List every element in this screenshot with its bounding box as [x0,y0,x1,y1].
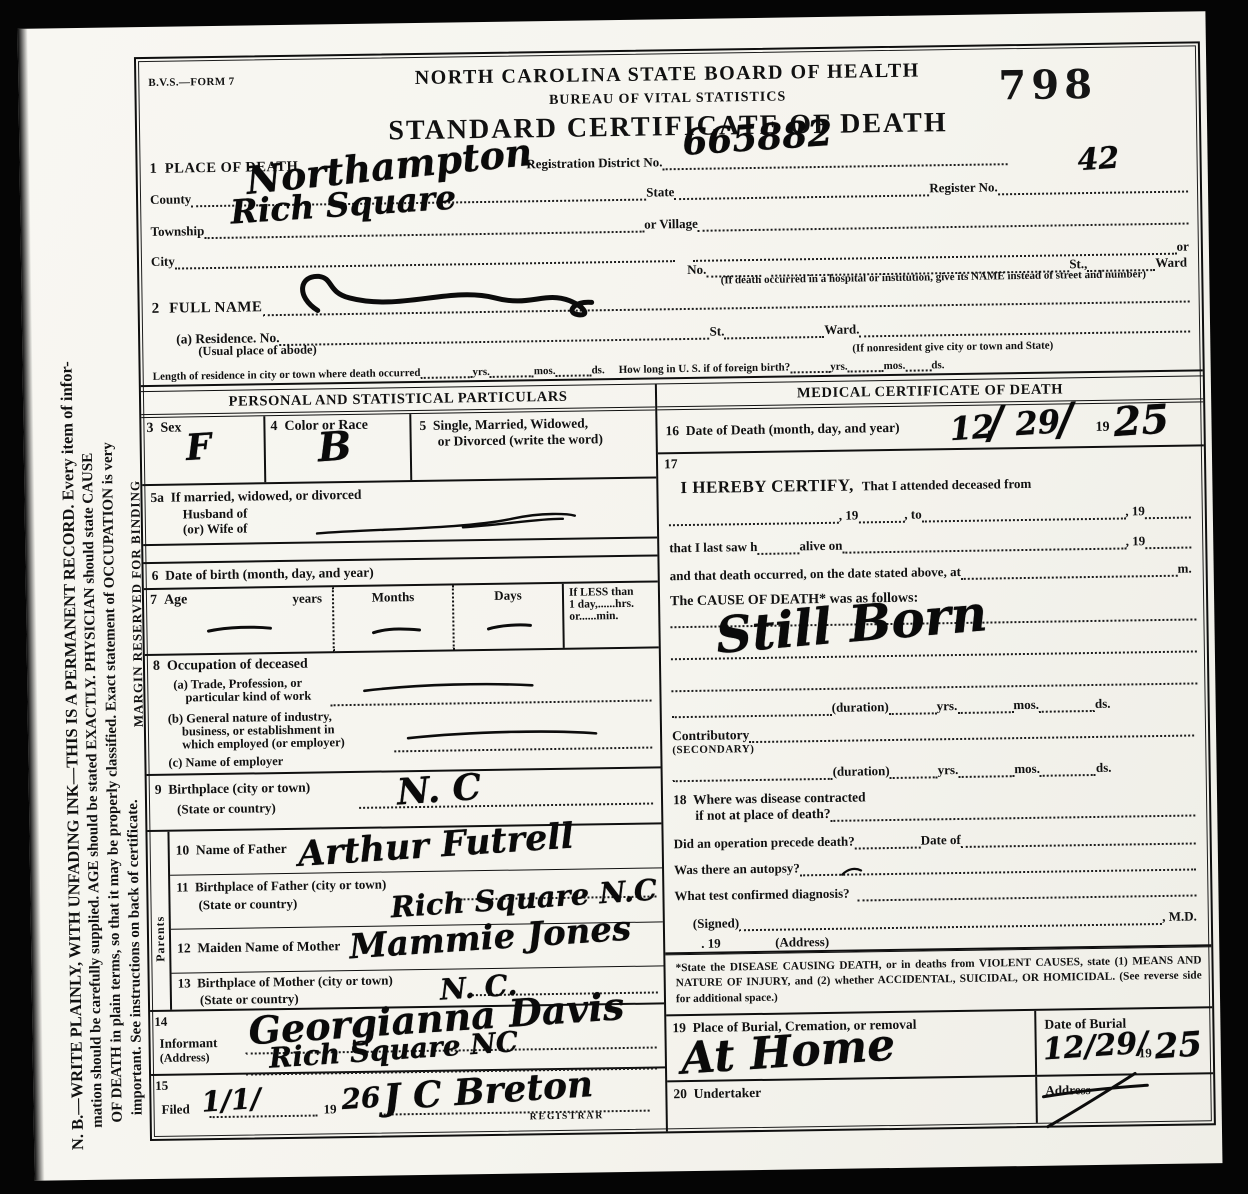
abode-note: (Usual place of abode) [198,342,317,359]
length-yrs-line [420,364,472,378]
foreign-yrs-line [790,359,830,373]
bp-sub-label: (State or country) [177,800,276,817]
marital-cell: 5 Single, Married, Widowed, or Divorced … [411,410,656,480]
duration2-lead-line [673,764,833,782]
married-to-box: 5a If married, widowed, or divorced Husb… [142,478,657,546]
dod-label: Date of Death (month, day, and year) [686,420,900,438]
autopsy-handwritten-mark [839,863,865,877]
residence-no-line [279,321,709,346]
lastsaw-label: that I last saw h [669,539,757,556]
undertaker-number: 20 [673,1086,687,1101]
father-name-row: 10 Name of Father Arthur Futrell [169,824,662,875]
bp-number: 9 [155,782,162,797]
age-months-dash [369,624,424,637]
full-name-scribble-mark [289,266,620,323]
age-days-label: Days [454,587,562,605]
duration1-ds-line [1039,696,1095,712]
attended-from-line [669,508,839,526]
q18-line [831,801,1196,822]
age-days-dash [484,620,534,633]
father-number: 10 [176,842,190,857]
parents-strip: Parents [147,832,172,1010]
color-race-value: B [316,426,352,468]
register-no-label: Register No. [929,179,998,196]
state-label: State [646,184,674,200]
full-name-label: FULL NAME [169,299,263,317]
dod-number: 16 [665,423,679,438]
registration-district-value: 665882 [681,115,833,161]
fbp-label: Birthplace of Father (city or town) [195,876,386,894]
registration-district-label: Registration District No. [526,154,662,172]
burial-year-printed: 19 [1139,1045,1152,1061]
duration2-yrs: yrs. [938,762,959,778]
operation-date-line [961,829,1196,848]
certificate-stamp-number: 798 [998,61,1097,109]
occ-a-dash [360,678,540,695]
marital-number: 5 [419,418,426,433]
duration1-yrs-line [889,699,937,715]
informant-number: 14 [154,1014,167,1030]
length-ds-label: ds. [591,364,604,376]
marital-line2: or Divorced (write the word) [420,431,648,450]
age-box: 7 Age years Months Days [144,582,659,656]
age-years-label: years [292,590,322,606]
township-label: Township [150,223,204,240]
occurred-line [961,561,1178,580]
footnote-text: *State the DISEASE CAUSING DEATH, or in … [665,947,1212,1007]
duration2-mos-line [958,762,1014,778]
full-name-number: 2 [152,301,160,318]
m5a-label: If married, widowed, or divorced [171,487,362,505]
residence-st-line [724,319,824,339]
undertaker-cell: 20 Undertaker [667,1077,1038,1128]
length-ds-line [555,362,591,376]
signed-line [739,909,1162,931]
aliveon-line [842,534,1126,554]
undertaker-label: Undertaker [694,1085,762,1101]
length-residence-label: Length of residence in city or town wher… [153,366,421,382]
foreign-mos-label: mos. [884,359,906,371]
marital-line1: Single, Married, Widowed, [433,415,588,432]
q18-label-line1: Where was disease contracted [693,789,866,807]
foreign-birth-label: How long in U. S. if of foreign birth? [619,361,791,376]
parents-vertical-label: Parents [153,916,169,962]
signed-address-label: (Address) [775,934,829,951]
dod-day-value: 29 [1014,405,1061,440]
m5a-number: 5a [150,490,164,505]
filed-date-value: 1/1/ [201,1085,262,1117]
attended-19b-line [1145,503,1191,519]
medical-certificate-column: MEDICAL CERTIFICATE OF DEATH 16 Date of … [657,376,1214,1131]
occ-a-line2: particular kind of work [185,689,311,706]
occ-c-label: (c) Name of employer [168,754,283,771]
registrar-label: REGISTRAR [530,1111,605,1122]
attended-to: , to [904,507,922,523]
burial-place-cell: 19 Place of Burial, Cremation, or remova… [666,1011,1037,1080]
age-less-than-cell: If LESS than 1 day,......hrs. or......mi… [562,582,659,647]
q18-label-line2: if not at place of death? [695,806,831,824]
occ-b-line3: which employed (or employer) [182,735,345,752]
q18-number: 18 [673,792,687,807]
color-number: 4 [270,419,277,434]
occ-label: Occupation of deceased [167,657,308,674]
age-less3: or......min. [569,610,653,623]
test-question: What test confirmed diagnosis? [674,886,849,905]
sex-cell: 3 Sex F [141,416,266,484]
occurred-label: and that death occurred, on the date sta… [670,564,961,584]
operation-dateof: Date of [921,832,961,849]
duration2-ds: ds. [1096,760,1112,776]
certificate-sheet: N. B.—WRITE PLAINLY, WITH UNFADING INK—T… [18,11,1223,1180]
state-line [674,177,929,200]
fbp-sub-label: (State or country) [198,896,297,913]
age-years-cell: 7 Age years [144,587,333,654]
signed-19-label: . 19 [701,936,721,952]
signed-label: (Signed) [693,915,739,932]
foreign-mos-line [847,358,883,372]
duration1-label: (duration) [832,699,889,716]
footnote-box: *State the DISEASE CAUSING DEATH, or in … [665,946,1212,1016]
foreign-yrs-label: yrs. [830,360,848,372]
attended-19a-line [858,507,904,523]
dod-slash-2: / [1056,398,1075,443]
place-of-death-number: 1 [149,161,157,178]
personal-particulars-column: PERSONAL AND STATISTICAL PARTICULARS 3 S… [141,384,668,1139]
sex-label-text: Sex [160,420,181,435]
dob-number: 6 [152,568,159,583]
filed-label: Filed [161,1101,189,1117]
scanned-death-certificate: N. B.—WRITE PLAINLY, WITH UNFADING INK—T… [0,0,1248,1194]
father-label: Name of Father [196,841,287,857]
burial-year-value: 25 [1154,1027,1204,1064]
foreign-ds-line [905,357,931,371]
sex-number: 3 [146,421,153,436]
aliveon-19: , 19 [1126,533,1146,549]
operation-question: Did an operation precede death? [674,834,855,853]
aliveon-label: alive on [799,538,842,555]
certify-number: 17 [664,456,678,472]
age-months-label: Months [334,588,452,606]
undertaker-address-cell: Address [1037,1074,1214,1123]
undertaker-box: 20 Undertaker Address [667,1074,1214,1128]
residence-st-label: St. [709,323,724,339]
contributory-label: Contributory [672,727,749,744]
duration1-lead-line [672,700,832,718]
bp-value: N. C [396,769,483,811]
sex-value: F [185,428,213,466]
dod-slash-1: / [986,401,1005,446]
occ-number: 8 [153,659,160,674]
m5a-wife-label: (or) Wife of [183,521,248,538]
mbp-number: 13 [178,975,191,990]
age-years-dash [204,622,274,635]
village-label: or Village [644,216,698,233]
occurred-m-label: m. [1177,561,1191,577]
attended-19a: , 19 [839,507,859,523]
county-label: County [150,191,191,208]
length-mos-label: mos. [534,364,556,376]
filed-year-printed: 19 [323,1101,336,1117]
duration2-ds-line [1040,760,1096,776]
filed-year-value: 26 [341,1084,382,1115]
city-label: City [151,253,175,269]
mother-label: Maiden Name of Mother [197,938,340,955]
duration2-yrs-line [890,763,938,779]
secondary-label: (SECONDARY) [672,743,754,756]
parents-group: Parents 10 Name of Father Arthur Futrell… [147,824,664,1012]
fbp-number: 11 [176,879,189,894]
burial-date-cell: Date of Burial 12/29/ 19 25 [1036,1008,1213,1075]
residence-ward-label: Ward. [824,321,859,338]
color-race-cell: 4 Color or Race B [265,414,412,482]
burial-place-value: At Home [680,1023,897,1081]
filed-box: 15 Filed 19 1/1/ 26 J C Breton REGISTRAR [151,1068,666,1130]
duration2-mos: mos. [1014,761,1040,777]
test-line [857,881,1196,902]
autopsy-question: Was there an autopsy? [674,860,800,878]
contributory-line [749,721,1194,743]
dod-year-value: 25 [1112,399,1170,443]
occ-b-dash [404,725,604,742]
certify-rest: That I attended deceased from [862,476,1032,495]
age-number: 7 [150,593,157,608]
foreign-ds-label: ds. [931,359,944,371]
certify-heading: I HEREBY CERTIFY, [680,476,854,499]
duration1-yrs: yrs. [937,698,958,714]
certify-box: 17 I HEREBY CERTIFY, That I attended dec… [658,446,1211,954]
burial-date-value: 12/29/ [1042,1028,1149,1065]
attended-19b: , 19 [1125,503,1145,519]
informant-address-label: (Address) [160,1050,210,1066]
birthplace-box: 9 Birthplace (city or town) (State or co… [147,768,662,832]
age-days-cell: Days [452,584,563,650]
md-label: , M.D. [1162,908,1197,925]
register-no-value: 42 [1077,143,1121,176]
cause-line-3 [671,668,1197,691]
undertaker-address-stroke [1039,1069,1160,1131]
dod-year-printed: 19 [1095,420,1109,436]
m5a-handwritten-dash [313,510,583,538]
aliveon-19-line [1145,533,1191,549]
duration2-label: (duration) [833,763,890,780]
occupation-box: 8 Occupation of deceased (a) Trade, Prof… [145,648,661,776]
age-months-cell: Months [332,585,453,651]
attended-to-line [922,504,1126,523]
length-yrs-label: yrs. [472,365,490,377]
mother-name-row: 12 Maiden Name of Mother Mammie Jones [171,922,664,973]
nonresident-note: (If nonresident give city or town and St… [852,340,1053,355]
duration1-mos-line [957,698,1013,714]
duration1-ds: ds. [1095,696,1111,712]
binding-edge-shadow [18,29,45,1181]
certificate-form: B.V.S.—FORM 7 NORTH CAROLINA STATE BOARD… [134,41,1216,1141]
bp-label: Birthplace (city or town) [168,780,310,797]
mbp-label: Birthplace of Mother (city or town) [197,972,393,990]
operation-line [855,833,921,850]
lastsaw-h-line [757,539,799,555]
filed-number: 15 [155,1078,168,1094]
mother-number: 12 [177,940,191,955]
duration1-mos: mos. [1013,697,1039,713]
length-mos-line [490,363,534,377]
age-label: Age [164,592,188,607]
dob-label: Date of birth (month, day, and year) [165,565,374,583]
residence-ward-line [859,314,1190,338]
village-line [698,206,1189,232]
